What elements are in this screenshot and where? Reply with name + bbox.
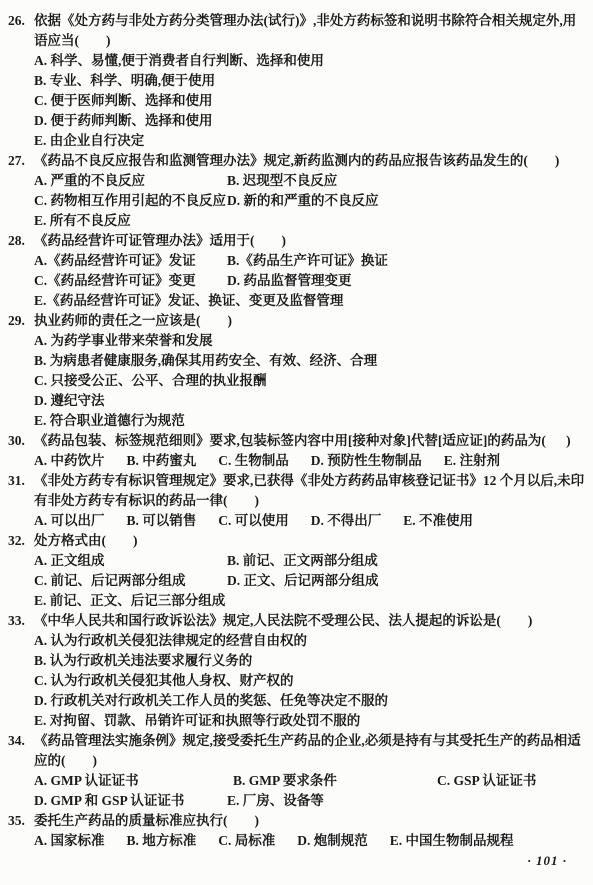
question-stem-text: 应的( ): [34, 753, 97, 768]
option-row: A. 国家标准B. 地方标准C. 局标准D. 炮制规范E. 中国生物制品规程: [8, 831, 589, 851]
option: C. 药物相互作用引起的不良反应: [34, 191, 227, 211]
question-block: 34.《药品管理法实施条例》规定,接受委托生产药品的企业,必须是持有与其受托生产…: [8, 731, 589, 811]
page-number: · 101 ·: [528, 853, 568, 869]
option-row: A.《药品经营许可证》发证B.《药品生产许可证》换证: [8, 251, 589, 271]
question-stem-line: 34.《药品管理法实施条例》规定,接受委托生产药品的企业,必须是持有与其受托生产…: [8, 731, 589, 751]
option: B. GMP 要求条件: [233, 771, 437, 791]
question-number: 28.: [8, 231, 25, 251]
option: C.《药品经营许可证》变更: [34, 271, 227, 291]
question-stem-text: 处方格式由( ): [34, 533, 138, 548]
question-block: 33.《中华人民共和国行政诉讼法》规定,人民法院不受理公民、法人提起的诉讼是( …: [8, 611, 589, 731]
option-row: A. 为药学事业带来荣誉和发展: [8, 331, 589, 351]
option: C. 前记、后记两部分组成: [34, 571, 227, 591]
option: E. 所有不良反应: [34, 211, 131, 231]
option: E. 前记、正文、后记三部分组成: [34, 591, 225, 611]
question-block: 29.执业药师的责任之一应该是( )A. 为药学事业带来荣誉和发展B. 为病患者…: [8, 311, 589, 431]
option: B. 为病患者健康服务,确保其用药安全、有效、经济、合理: [34, 351, 377, 371]
question-stem-text: 执业药师的责任之一应该是( ): [34, 313, 232, 328]
question-stem-line: 27.《药品不良反应报告和监测管理办法》规定,新药监测内的药品应报告该药品发生的…: [8, 151, 589, 171]
option: B. 迟现型不良反应: [227, 171, 337, 191]
question-stem-text: 语应当( ): [34, 33, 111, 48]
option: D. 行政机关对行政机关工作人员的奖惩、任免等决定不服的: [34, 691, 388, 711]
option: C. 可以使用: [218, 511, 289, 531]
option-row: A. 严重的不良反应B. 迟现型不良反应: [8, 171, 589, 191]
exam-page: 26.依据《处方药与非处方药分类管理办法(试行)》,非处方药标签和说明书除符合相…: [0, 0, 593, 885]
question-list: 26.依据《处方药与非处方药分类管理办法(试行)》,非处方药标签和说明书除符合相…: [8, 11, 589, 851]
option: A. 正文组成: [34, 551, 227, 571]
option: C. 生物制品: [218, 451, 289, 471]
option: D. 正文、后记两部分组成: [227, 571, 379, 591]
option: B. 可以销售: [127, 511, 197, 531]
option: D. 药品监督管理变更: [227, 271, 352, 291]
option-row: C. 认为行政机关侵犯其他人身权、财产权的: [8, 671, 589, 691]
question-stem-line: 语应当( ): [8, 31, 589, 51]
question-block: 31.《非处方药专有标识管理规定》要求,已获得《非处方药药品审核登记证书》12 …: [8, 471, 589, 531]
option-row: A. 正文组成B. 前记、正文两部分组成: [8, 551, 589, 571]
option-row: A. 可以出厂B. 可以销售C. 可以使用D. 不得出厂E. 不准使用: [8, 511, 589, 531]
question-stem-text: 《非处方药专有标识管理规定》要求,已获得《非处方药药品审核登记证书》12 个月以…: [34, 473, 584, 488]
question-block: 30.《药品包装、标签规范细则》要求,包装标签内容中用[接种对象]代替[适应证]…: [8, 431, 589, 471]
option-row: C. 前记、后记两部分组成D. 正文、后记两部分组成: [8, 571, 589, 591]
question-stem-line: 35.委托生产药品的质量标准应执行( ): [8, 811, 589, 831]
option: A. GMP 认证证书: [34, 771, 233, 791]
option-row: C.《药品经营许可证》变更D. 药品监督管理变更: [8, 271, 589, 291]
question-stem-text: 《药品管理法实施条例》规定,接受委托生产药品的企业,必须是持有与其受托生产的药品…: [34, 733, 581, 748]
question-block: 32.处方格式由( )A. 正文组成B. 前记、正文两部分组成C. 前记、后记两…: [8, 531, 589, 611]
question-stem-line: 30.《药品包装、标签规范细则》要求,包装标签内容中用[接种对象]代替[适应证]…: [8, 431, 589, 451]
option: C. 局标准: [218, 831, 275, 851]
option: B.《药品生产许可证》换证: [227, 251, 388, 271]
option-row: D. 行政机关对行政机关工作人员的奖惩、任免等决定不服的: [8, 691, 589, 711]
option: E.《药品经营许可证》发证、换证、变更及监督管理: [34, 291, 343, 311]
option: A. 中药饮片: [34, 451, 105, 471]
option: B. 前记、正文两部分组成: [227, 551, 378, 571]
question-number: 26.: [8, 11, 25, 31]
option-row: D. 遵纪守法: [8, 391, 589, 411]
option: D. GMP 和 GSP 认证证书: [34, 791, 227, 811]
option: E. 符合职业道德行为规范: [34, 411, 185, 431]
question-stem-line: 32.处方格式由( ): [8, 531, 589, 551]
option: D. 预防性生物制品: [311, 451, 422, 471]
question-stem-text: 《药品包装、标签规范细则》要求,包装标签内容中用[接种对象]代替[适应证]的药品…: [34, 433, 571, 448]
option-row: E.《药品经营许可证》发证、换证、变更及监督管理: [8, 291, 589, 311]
option-row: E. 符合职业道德行为规范: [8, 411, 589, 431]
option-row: C. 便于医师判断、选择和使用: [8, 91, 589, 111]
option-row: B. 为病患者健康服务,确保其用药安全、有效、经济、合理: [8, 351, 589, 371]
question-stem-text: 依据《处方药与非处方药分类管理办法(试行)》,非处方药标签和说明书除符合相关规定…: [34, 13, 576, 28]
option: E. 厂房、设备等: [227, 791, 324, 811]
option-row: E. 由企业自行决定: [8, 131, 589, 151]
question-number: 27.: [8, 151, 25, 171]
question-stem-text: 有非处方药专有标识的药品一律( ): [34, 493, 259, 508]
question-stem-text: 委托生产药品的质量标准应执行( ): [34, 813, 259, 828]
option: E. 注射剂: [444, 451, 500, 471]
question-number: 31.: [8, 471, 25, 491]
option: A. 严重的不良反应: [34, 171, 227, 191]
question-number: 30.: [8, 431, 25, 451]
option-row: E. 对拘留、罚款、吊销许可证和执照等行政处罚不服的: [8, 711, 589, 731]
option-row: A. GMP 认证证书B. GMP 要求条件C. GSP 认证证书: [8, 771, 589, 791]
question-stem-line: 28.《药品经营许可证管理办法》适用于( ): [8, 231, 589, 251]
option: E. 中国生物制品规程: [390, 831, 514, 851]
option-row: E. 前记、正文、后记三部分组成: [8, 591, 589, 611]
question-stem-line: 应的( ): [8, 751, 589, 771]
option-row: A. 中药饮片B. 中药蜜丸C. 生物制品D. 预防性生物制品E. 注射剂: [8, 451, 589, 471]
option: E. 对拘留、罚款、吊销许可证和执照等行政处罚不服的: [34, 711, 360, 731]
question-number: 29.: [8, 311, 25, 331]
option-row: D. 便于药师判断、选择和使用: [8, 111, 589, 131]
option: B. 专业、科学、明确,便于使用: [34, 71, 215, 91]
option: C. 只接受公正、公平、合理的执业报酬: [34, 371, 267, 391]
question-number: 34.: [8, 731, 25, 751]
question-block: 35.委托生产药品的质量标准应执行( )A. 国家标准B. 地方标准C. 局标准…: [8, 811, 589, 851]
option: D. 新的和严重的不良反应: [227, 191, 379, 211]
option-row: B. 专业、科学、明确,便于使用: [8, 71, 589, 91]
question-number: 35.: [8, 811, 25, 831]
option: A. 可以出厂: [34, 511, 105, 531]
question-block: 28.《药品经营许可证管理办法》适用于( )A.《药品经营许可证》发证B.《药品…: [8, 231, 589, 311]
option: D. 不得出厂: [311, 511, 382, 531]
question-number: 33.: [8, 611, 25, 631]
option-row: E. 所有不良反应: [8, 211, 589, 231]
option: C. GSP 认证证书: [437, 771, 536, 791]
option-row: C. 药物相互作用引起的不良反应D. 新的和严重的不良反应: [8, 191, 589, 211]
question-stem-line: 有非处方药专有标识的药品一律( ): [8, 491, 589, 511]
option: A. 为药学事业带来荣誉和发展: [34, 331, 213, 351]
question-stem-text: 《药品经营许可证管理办法》适用于( ): [34, 233, 286, 248]
option: D. 炮制规范: [297, 831, 368, 851]
option: C. 便于医师判断、选择和使用: [34, 91, 213, 111]
option: D. 遵纪守法: [34, 391, 105, 411]
option: B. 地方标准: [127, 831, 197, 851]
option-row: C. 只接受公正、公平、合理的执业报酬: [8, 371, 589, 391]
option: A. 科学、易懂,便于消费者自行判断、选择和使用: [34, 51, 324, 71]
option-row: D. GMP 和 GSP 认证证书E. 厂房、设备等: [8, 791, 589, 811]
question-stem-line: 31.《非处方药专有标识管理规定》要求,已获得《非处方药药品审核登记证书》12 …: [8, 471, 589, 491]
question-stem-text: 《药品不良反应报告和监测管理办法》规定,新药监测内的药品应报告该药品发生的( ): [34, 153, 559, 168]
question-stem-line: 26.依据《处方药与非处方药分类管理办法(试行)》,非处方药标签和说明书除符合相…: [8, 11, 589, 31]
option: D. 便于药师判断、选择和使用: [34, 111, 213, 131]
option: C. 认为行政机关侵犯其他人身权、财产权的: [34, 671, 294, 691]
option: B. 认为行政机关违法要求履行义务的: [34, 651, 252, 671]
question-stem-line: 29.执业药师的责任之一应该是( ): [8, 311, 589, 331]
option: A. 国家标准: [34, 831, 105, 851]
option: A.《药品经营许可证》发证: [34, 251, 227, 271]
question-block: 26.依据《处方药与非处方药分类管理办法(试行)》,非处方药标签和说明书除符合相…: [8, 11, 589, 151]
question-stem-line: 33.《中华人民共和国行政诉讼法》规定,人民法院不受理公民、法人提起的诉讼是( …: [8, 611, 589, 631]
question-number: 32.: [8, 531, 25, 551]
option-row: A. 认为行政机关侵犯法律规定的经营自由权的: [8, 631, 589, 651]
option-row: A. 科学、易懂,便于消费者自行判断、选择和使用: [8, 51, 589, 71]
option-row: B. 认为行政机关违法要求履行义务的: [8, 651, 589, 671]
option: E. 由企业自行决定: [34, 131, 144, 151]
question-block: 27.《药品不良反应报告和监测管理办法》规定,新药监测内的药品应报告该药品发生的…: [8, 151, 589, 231]
option: A. 认为行政机关侵犯法律规定的经营自由权的: [34, 631, 307, 651]
question-stem-text: 《中华人民共和国行政诉讼法》规定,人民法院不受理公民、法人提起的诉讼是( ): [34, 613, 532, 628]
option: E. 不准使用: [403, 511, 473, 531]
option: B. 中药蜜丸: [127, 451, 197, 471]
